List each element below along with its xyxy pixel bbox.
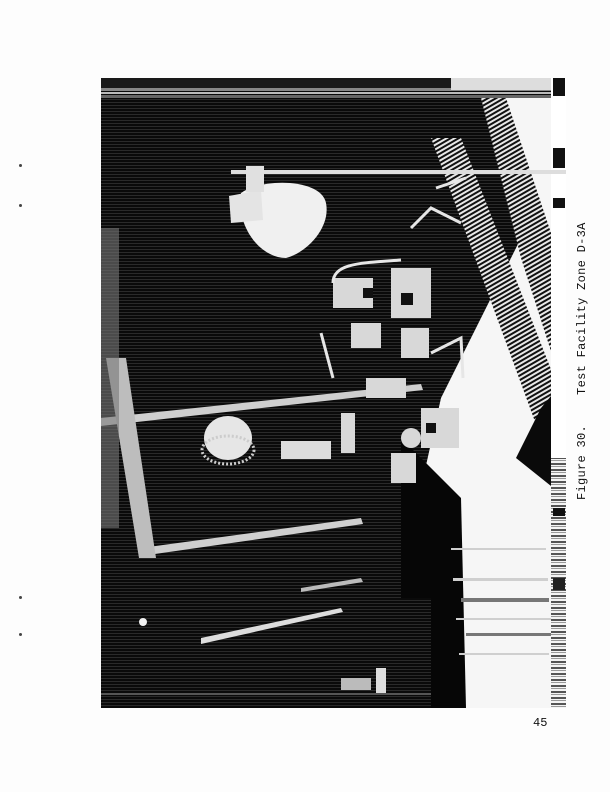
binder-hole-mark <box>19 204 22 207</box>
facility-photograph <box>101 78 566 708</box>
page-number: 45 <box>533 716 547 730</box>
document-page: Figure 30. Test Facility Zone D-3A 45 <box>0 0 610 792</box>
binder-hole-mark <box>19 164 22 167</box>
photograph-icon <box>101 78 566 708</box>
figure-title: Test Facility Zone D-3A <box>575 222 589 395</box>
figure-label: Figure 30. <box>575 425 589 500</box>
figure-caption: Figure 30. Test Facility Zone D-3A <box>575 222 589 500</box>
binder-hole-mark <box>19 633 22 636</box>
binder-hole-mark <box>19 596 22 599</box>
